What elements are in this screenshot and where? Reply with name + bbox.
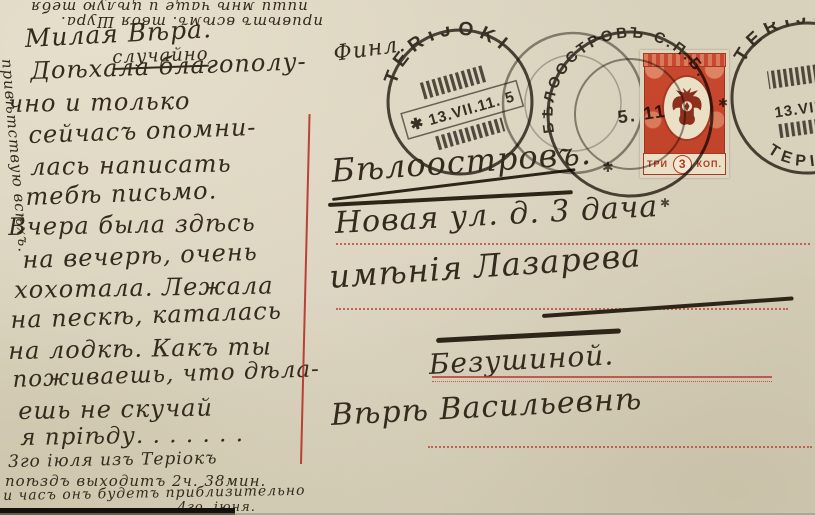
postmark-date-text: 5. 11 (616, 101, 667, 128)
message-line: сейчасъ опомни- (28, 113, 257, 149)
message-line: ешь не скучай (18, 394, 213, 425)
postmark-date-text: 13.VII.11 (774, 95, 815, 121)
address-line-5: Вѣрѣ Васильевнѣ (330, 382, 643, 433)
message-small-line: 3го іюля изъ Теріокъ (8, 448, 218, 472)
printed-address-rule (428, 446, 812, 448)
message-line: я пріѣду. . . . . . . (20, 421, 244, 451)
postmark-star-icon: ✱ (660, 196, 670, 210)
postcard: пиши мнѣ чаще и цѣлую тебя привѣтъ всѣмъ… (0, 0, 815, 515)
postmark-star-icon: ✱ (602, 160, 614, 176)
printed-address-rule (432, 376, 772, 382)
address-line-4: Безушиной. (428, 338, 615, 381)
message-line: Доѣхала благополу- (30, 47, 307, 85)
printed-address-rule (336, 308, 788, 310)
divider-line (300, 114, 311, 464)
postmark-town-text: БѢЛООСТРОВЪ С.П.Б. (517, 1, 712, 138)
postmark-star-icon: ✱ (718, 96, 728, 110)
address-line-3: имѣнія Лазарева (328, 236, 642, 296)
message-line: Вчера была здѣсь (8, 209, 256, 241)
message-line: тебѣ письмо. (25, 176, 218, 211)
message-margin-note: привѣтствую всѣхъ. (0, 58, 33, 254)
postmark-town-text: TERIJOKI (725, 8, 815, 68)
message-line: на вечерѣ, очень (22, 238, 258, 274)
message-line: чно и только (8, 87, 191, 118)
